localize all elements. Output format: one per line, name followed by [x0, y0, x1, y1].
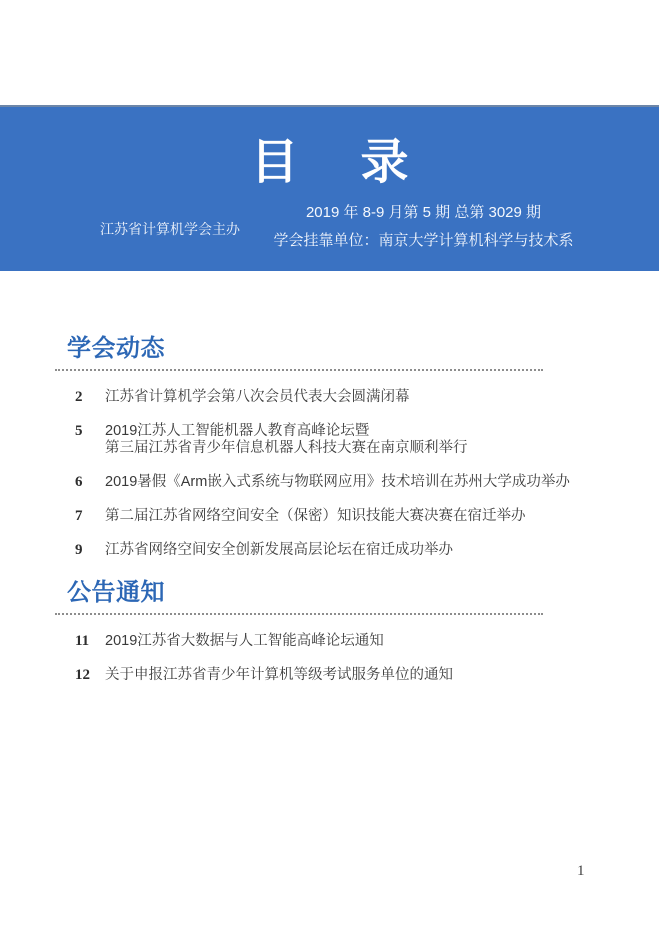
toc-entry-title: 江苏省计算机学会第八次会员代表大会圆满闭幕 [105, 389, 575, 406]
toc-page-number: 12 [75, 667, 105, 684]
dotted-divider [55, 369, 543, 371]
toc-page-number: 2 [75, 389, 105, 406]
section-heading-society-news: 学会动态 [55, 336, 575, 361]
toc-entry[interactable]: 11 2019江苏省大数据与人工智能高峰论坛通知 [55, 633, 575, 650]
page-number: 1 [577, 863, 585, 880]
toc-entry-title: 关于申报江苏省青少年计算机等级考试服务单位的通知 [105, 667, 575, 684]
toc-page: 目录 江苏省计算机学会主办 2019 年 8-9 月第 5 期 总第 3029 … [0, 0, 659, 935]
toc-entry-title: 2019江苏人工智能机器人教育高峰论坛暨 第三届江苏省青少年信息机器人科技大赛在… [105, 423, 575, 457]
toc-entry[interactable]: 2 江苏省计算机学会第八次会员代表大会圆满闭幕 [55, 389, 575, 406]
section-society-news: 学会动态 2 江苏省计算机学会第八次会员代表大会圆满闭幕 5 2019江苏人工智… [55, 336, 575, 559]
section-heading-announcements: 公告通知 [55, 580, 575, 605]
toc-entry-title: 2019江苏省大数据与人工智能高峰论坛通知 [105, 633, 575, 650]
page-title-text: 目录 [250, 136, 470, 189]
affiliation-line: 学会挂靠单位：南京大学计算机科学与技术系 [250, 227, 597, 255]
section-announcements: 公告通知 11 2019江苏省大数据与人工智能高峰论坛通知 12 关于申报江苏省… [55, 580, 575, 684]
toc-entry-title: 2019暑假《Arm嵌入式系统与物联网应用》技术培训在苏州大学成功举办 [105, 474, 575, 491]
toc-page-number: 5 [75, 423, 105, 440]
toc-entry[interactable]: 9 江苏省网络空间安全创新发展高层论坛在宿迁成功举办 [55, 542, 575, 559]
toc-entry[interactable]: 7 第二届江苏省网络空间安全（保密）知识技能大赛决赛在宿迁举办 [55, 508, 575, 525]
issue-info: 2019 年 8-9 月第 5 期 总第 3029 期 学会挂靠单位：南京大学计… [250, 199, 597, 255]
toc-content: 学会动态 2 江苏省计算机学会第八次会员代表大会圆满闭幕 5 2019江苏人工智… [55, 336, 575, 684]
toc-entry-title: 第二届江苏省网络空间安全（保密）知识技能大赛决赛在宿迁举办 [105, 508, 575, 525]
dotted-divider [55, 613, 543, 615]
page-title: 目录 [0, 139, 659, 187]
publisher-line: 江苏省计算机学会主办 [100, 219, 240, 239]
toc-entry[interactable]: 6 2019暑假《Arm嵌入式系统与物联网应用》技术培训在苏州大学成功举办 [55, 474, 575, 491]
toc-page-number: 6 [75, 474, 105, 491]
issue-line: 2019 年 8-9 月第 5 期 总第 3029 期 [250, 199, 597, 227]
toc-page-number: 11 [75, 633, 105, 650]
toc-entry[interactable]: 12 关于申报江苏省青少年计算机等级考试服务单位的通知 [55, 667, 575, 684]
toc-entry[interactable]: 5 2019江苏人工智能机器人教育高峰论坛暨 第三届江苏省青少年信息机器人科技大… [55, 423, 575, 457]
header-band: 目录 江苏省计算机学会主办 2019 年 8-9 月第 5 期 总第 3029 … [0, 105, 659, 271]
toc-entry-title: 江苏省网络空间安全创新发展高层论坛在宿迁成功举办 [105, 542, 575, 559]
toc-page-number: 7 [75, 508, 105, 525]
toc-page-number: 9 [75, 542, 105, 559]
